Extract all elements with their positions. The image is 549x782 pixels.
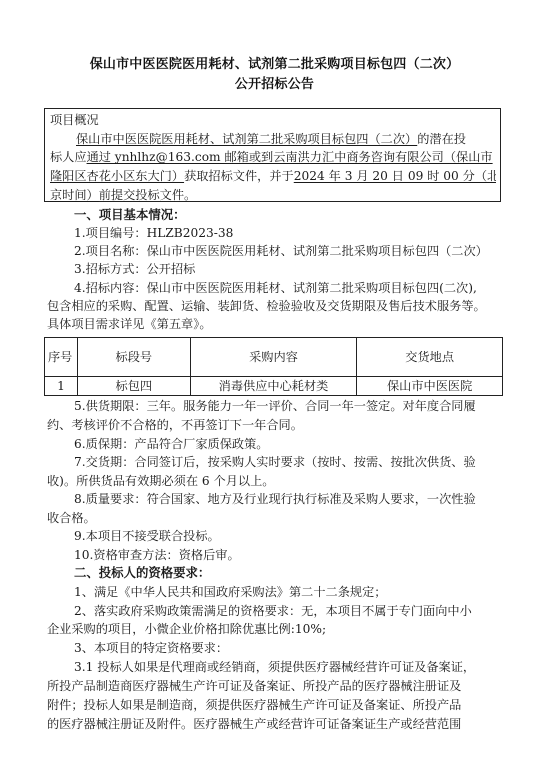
document-title: 保山市中医医院医用耗材、试剂第二批采购项目标包四（二次） <box>0 53 549 72</box>
section1-item9: 9.本项目不接受联合投标。 <box>74 527 534 545</box>
section2-heading: 二、投标人的资格要求： <box>74 564 534 582</box>
section1-item7-line1: 7.交货期：合同签订后，按采购人实时要求（按时、按需、按批次供货、验 <box>74 453 534 471</box>
section2-item3-1-line3: 附件；投标人如果是制造商，须提供医疗器械生产许可证及备案证、所投产品 <box>47 696 507 714</box>
overview-line3-mid: 获取招标文件，并于 <box>184 169 294 183</box>
section1-item8-line1: 8.质量要求：符合国家、地方及行业现行执行标准及采购人要求，一次性验 <box>74 490 534 508</box>
document-subtitle: 公开招标公告 <box>0 73 549 92</box>
section1-item4-line1: 4.招标内容：保山市中医医院医用耗材、试剂第二批采购项目标包四(二次), <box>74 279 534 297</box>
table-header-content: 采购内容 <box>190 338 357 377</box>
section1-item5-line1: 5.供货期限：三年。服务能力一年一评价、合同一年一签定。对年度合同履 <box>74 397 534 415</box>
table-cell-content: 消毒供应中心耗材类 <box>190 377 357 396</box>
section2-item3-1-line2: 所投产品制造商医疗器械生产许可证及备案证、所投产品的医疗器械注册证及 <box>47 677 507 695</box>
section2-item2-line1: 2、落实政府采购政策需满足的资格要求：无，本项目不属于专门面向中小 <box>74 602 534 620</box>
table-header-row: 序号 标段号 采购内容 交货地点 <box>45 338 503 377</box>
overview-line-2: 标人应通过 ynhlhz@163.com 邮箱或到云南洪力汇中商务咨询有限公司（… <box>50 148 496 167</box>
overview-line-1: 保山市中医医院医用耗材、试剂第二批采购项目标包四（二次）的潜在投 <box>50 130 496 149</box>
section2-item3-1-line4: 的医疗器械注册证及附件。医疗器械生产或经营许可证备案证生产或经营范围 <box>47 715 507 733</box>
procurement-table: 序号 标段号 采购内容 交货地点 1 标包四 消毒供应中心耗材类 保山市中医医院 <box>44 337 503 396</box>
table-cell-seq: 1 <box>45 377 78 396</box>
overview-line4-tail: 前提交投标文件。 <box>99 188 197 202</box>
section1-item5-line2: 约、考核评价不合格的，不再签订下一年合同。 <box>47 416 507 434</box>
section1-item4-line3: 具体项目需求详见《第五章》。 <box>47 315 507 333</box>
section1-heading: 一、项目基本情况： <box>74 206 534 224</box>
section1-item3: 3.招标方式：公开招标 <box>74 260 534 278</box>
overview-line2-head: 标人应 <box>50 150 87 164</box>
overview-deadline: 2024 年 3 月 20 日 09 时 00 分（北 <box>294 169 496 183</box>
overview-line-3: 隆阳区杏花小区东大门）获取招标文件，并于2024 年 3 月 20 日 09 时… <box>50 167 496 186</box>
overview-address: 隆阳区杏花小区东大门） <box>50 169 184 183</box>
section1-item8-line2: 收合格。 <box>47 509 507 527</box>
table-row: 1 标包四 消毒供应中心耗材类 保山市中医医院 <box>45 377 503 396</box>
section1-item7-line2: 收)。所供货品有效期必须在 6 个月以上。 <box>47 472 507 490</box>
section2-item1: 1、满足《中华人民共和国政府采购法》第二十二条规定； <box>74 583 534 601</box>
section2-item3: 3、本项目的特定资格要求： <box>74 639 534 657</box>
overview-contact-email: 通过 ynhlhz@163.com 邮箱或到云南洪力汇中商务咨询有限公司（保山市 <box>87 150 493 164</box>
overview-timezone: 京时间） <box>50 188 99 202</box>
table-cell-location: 保山市中医医院 <box>357 377 503 396</box>
section2-item2-line2: 企业采购的项目，小微企业价格扣除优惠比例:10%; <box>47 620 507 638</box>
overview-line-4: 京时间）前提交投标文件。 <box>50 186 496 205</box>
section1-item10: 10.资格审查方法：资格后审。 <box>74 546 534 564</box>
overview-label: 项目概况 <box>50 111 496 130</box>
table-header-lot: 标段号 <box>77 338 190 377</box>
table-header-location: 交货地点 <box>357 338 503 377</box>
project-overview-box: 项目概况 保山市中医医院医用耗材、试剂第二批采购项目标包四（二次）的潜在投 标人… <box>44 108 501 202</box>
section1-item6: 6.质保期：产品符合厂家质保政策。 <box>74 435 534 453</box>
section1-item2: 2.项目名称：保山市中医医院医用耗材、试剂第二批采购项目标包四（二次） <box>74 242 534 260</box>
table-header-seq: 序号 <box>45 338 78 377</box>
section1-item4-line2: 包含相应的采购、配置、运输、装卸货、检验验收及交货期限及售后技术服务等。 <box>47 297 507 315</box>
overview-project-name: 保山市中医医院医用耗材、试剂第二批采购项目标包四（二次） <box>76 132 417 146</box>
section1-item1: 1.项目编号：HLZB2023-38 <box>74 224 534 242</box>
table-cell-lot: 标包四 <box>77 377 190 396</box>
overview-line1-tail: 的潜在投 <box>417 132 466 146</box>
section2-item3-1-line1: 3.1 投标人如果是代理商或经销商，须提供医疗器械经营许可证及备案证， <box>74 658 534 676</box>
